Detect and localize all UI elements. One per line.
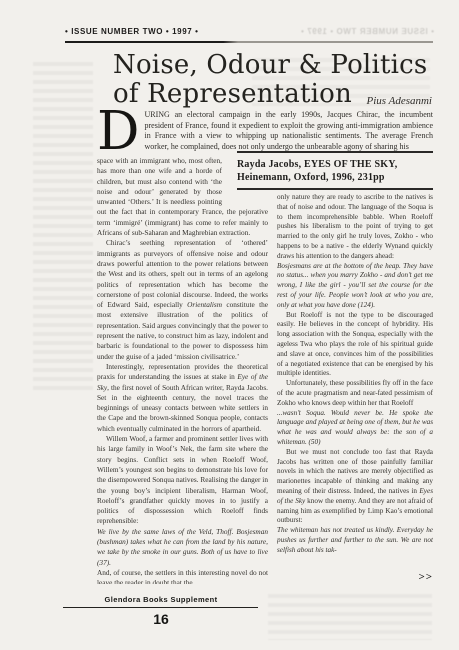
dropcap-letter: D — [97, 110, 145, 152]
article-title-line1: Noise, Odour & Politics — [113, 51, 443, 80]
header-rule — [65, 41, 433, 43]
block-quote: Bosjesmans are at the bottom of the heap… — [277, 262, 433, 311]
footer-rule — [63, 607, 258, 608]
paragraph: Chirac’s seething representation of ‘oth… — [97, 238, 268, 362]
paragraph: But Roeloff is not the type to be discou… — [277, 311, 433, 380]
bleedthrough-bottom-right — [268, 594, 432, 640]
bleedthrough-issue-line: • ISSUE NUMBER TWO • 1997 • — [238, 27, 434, 36]
paragraph: only nature they are ready to ascribe to… — [277, 193, 433, 262]
page-number: 16 — [65, 611, 257, 627]
issue-header: • ISSUE NUMBER TWO • 1997 • — [65, 27, 199, 36]
paragraph-text: Chirac’s seething representation of ‘oth… — [97, 238, 268, 309]
lead-paragraph: DURING an electoral campaign in the earl… — [97, 110, 433, 153]
citation-box-spacer — [222, 156, 268, 206]
paragraph-text: , the first novel of South African write… — [97, 383, 268, 433]
author-byline: Pius Adesanmi — [367, 95, 433, 107]
paragraph-text: constitute the most extensive illustrati… — [97, 300, 268, 360]
paragraph: Interestingly, representation provides t… — [97, 362, 268, 434]
book-title-italic: Orientalism — [187, 300, 222, 309]
publication-imprint: Glendora Books Supplement — [65, 595, 257, 604]
block-quote: ...wasn’t Soqua. Would never be. He spok… — [277, 409, 433, 448]
continued-marker: >> — [403, 571, 433, 583]
right-column: only nature they are ready to ascribe to… — [277, 193, 433, 585]
block-quote: We live by the same laws of the Veld, Th… — [97, 527, 268, 568]
lead-text: URING an electoral campaign in the early… — [145, 110, 434, 151]
left-column: space with an immigrant who, most often,… — [97, 156, 268, 584]
bleedthrough-left-margin — [33, 62, 93, 392]
block-quote: The whiteman has not treated us kindly. … — [277, 526, 433, 555]
paragraph: But we must not conclude too fast that R… — [277, 448, 433, 526]
paragraph: Unfortunately, these possibilities fly o… — [277, 379, 433, 408]
paragraph: And, of course, the settlers in this int… — [97, 568, 268, 584]
magazine-page: • ISSUE NUMBER TWO • 1997 • • ISSUE NUMB… — [0, 0, 459, 650]
paragraph-text: But we must not conclude too fast that R… — [277, 448, 433, 495]
paragraph: Willem Woof, a farmer and prominent sett… — [97, 434, 268, 527]
